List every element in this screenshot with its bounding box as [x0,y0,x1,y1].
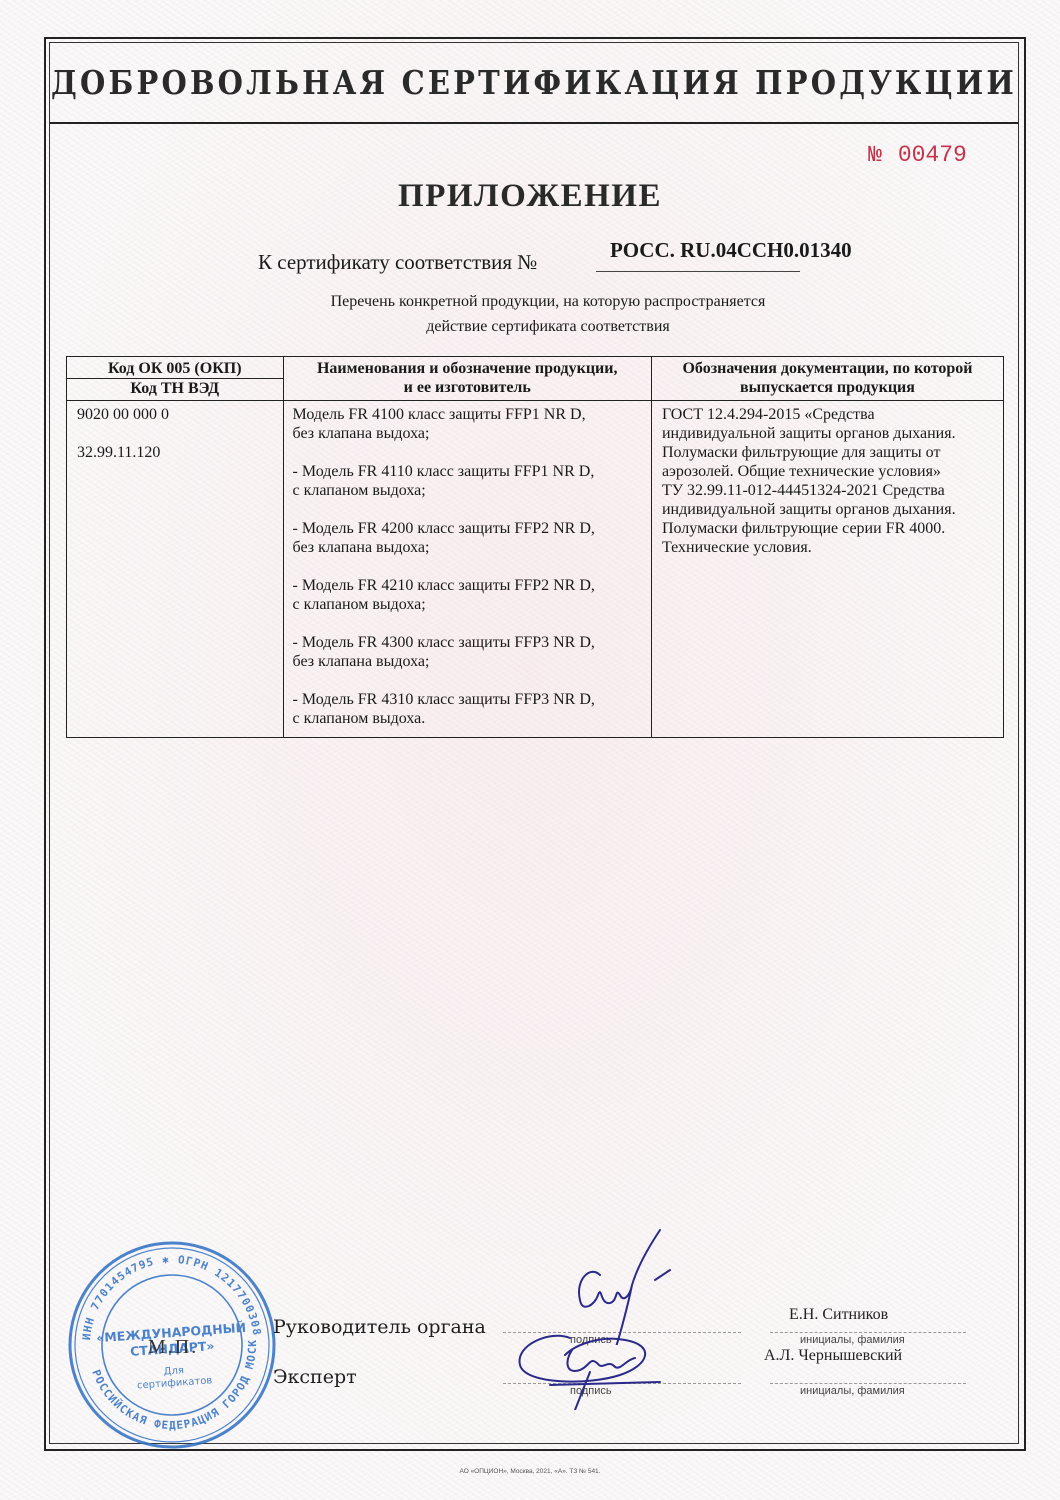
expert-name-line [770,1383,966,1384]
head-name-line [770,1332,966,1333]
document-line: аэрозолей. Общие технические условия» [662,462,995,481]
model-line2: с клапаном выдоха. [293,710,426,727]
document-header-title: ДОБРОВОЛЬНАЯ СЕРТИФИКАЦИЯ ПРОДУКЦИИ [50,64,1018,102]
number-sign: № [868,142,882,168]
intro-line-2: действие сертификата соответствия [0,314,1060,339]
expert-label: Эксперт [273,1366,357,1388]
model-line1: Модель FR 4100 класс защиты FFP1 NR D, [293,406,586,423]
expert-handwritten-signature [510,1320,690,1410]
model-item: - Модель FR 4300 класс защиты FFP3 NR D,… [293,633,643,671]
certificate-number-underline [596,271,800,272]
appendix-title: ПРИЛОЖЕНИЕ [0,178,1060,215]
head-of-body-label: Руководитель органа [273,1316,486,1338]
model-line2: без клапана выдоха; [293,425,430,442]
intro-text: Перечень конкретной продукции, на котору… [0,289,1060,339]
model-item: - Модель FR 4200 класс защиты FFP2 NR D,… [293,519,643,557]
model-item: Модель FR 4100 класс защиты FFP1 NR D,бе… [293,405,643,443]
model-item: - Модель FR 4310 класс защиты FFP3 NR D,… [293,690,643,728]
head-name-caption: инициалы, фамилия [800,1334,905,1346]
document-line: ТУ 32.99.11-012-44451324-2021 Средства [662,481,995,500]
model-line1: - Модель FR 4210 класс защиты FFP2 NR D, [293,577,595,594]
model-line2: без клапана выдоха; [293,539,430,556]
model-line2: с клапаном выдоха; [293,596,426,613]
header-products: Наименования и обозначение продукции, и … [283,357,651,401]
serial-number: №00479 [868,142,967,168]
table-header-row: Код ОК 005 (ОКП) Код ТН ВЭД Наименования… [67,357,1004,401]
spacer [77,424,275,443]
header-products-line2: и ее изготовитель [288,378,647,397]
model-item: - Модель FR 4210 класс защиты FFP2 NR D,… [293,576,643,614]
header-codes-line2: Код ТН ВЭД [67,378,283,398]
header-documents-line2: выпускается продукция [656,378,999,397]
serial-value: 00479 [898,142,967,168]
header-documents-line1: Обозначения документации, по которой [656,359,999,378]
header-products-line1: Наименования и обозначение продукции, [288,359,647,378]
document-line: Технические условия. [662,538,995,557]
seal-center-line-3: Для [163,1365,184,1377]
document-line: ГОСТ 12.4.294-2015 «Средства [662,405,995,424]
tnved-code: 32.99.11.120 [77,443,275,462]
document-line: индивидуальной защиты органов дыхания. [662,424,995,443]
expert-name-caption: инициалы, фамилия [800,1385,905,1397]
document-line: Полумаски фильтрующие серии FR 4000. [662,519,995,538]
header-documents: Обозначения документации, по которой вып… [651,357,1003,401]
model-line2: с клапаном выдоха; [293,482,426,499]
document-line: индивидуальной защиты органов дыхания. [662,500,995,519]
codes-cell: 9020 00 000 0 32.99.11.120 [67,401,284,738]
model-line1: - Модель FR 4110 класс защиты FFP1 NR D, [293,463,595,480]
okp-code: 9020 00 000 0 [77,405,275,424]
model-line2: без клапана выдоха; [293,653,430,670]
printer-imprint: АО «ОПЦИОН», Москва, 2021, «А». ТЗ № 541… [0,1468,1060,1475]
model-item: - Модель FR 4110 класс защиты FFP1 NR D,… [293,462,643,500]
model-line1: - Модель FR 4310 класс защиты FFP3 NR D, [293,691,595,708]
stamp-place-label: М.П. [148,1336,198,1359]
certificate-number: РОСС. RU.04ССН0.01340 [610,238,852,263]
seal-center-line-4: сертификатов [137,1375,213,1391]
document-line: Полумаски фильтрующие для защиты от [662,443,995,462]
expert-name: А.Л. Чернышевский [764,1347,902,1365]
table-row: 9020 00 000 0 32.99.11.120 Модель FR 410… [67,401,1004,738]
model-line1: - Модель FR 4300 класс защиты FFP3 NR D, [293,634,595,651]
header-codes-line1: Код ОК 005 (ОКП) [71,359,279,378]
intro-line-1: Перечень конкретной продукции, на котору… [0,289,1060,314]
header-codes: Код ОК 005 (ОКП) Код ТН ВЭД [67,357,284,401]
models-cell: Модель FR 4100 класс защиты FFP1 NR D,бе… [283,401,651,738]
head-name: Е.Н. Ситников [789,1306,888,1324]
certificate-label: К сертификату соответствия № [258,250,537,275]
documents-cell: ГОСТ 12.4.294-2015 «Средства индивидуаль… [651,401,1003,738]
header-divider [50,122,1018,124]
model-line1: - Модель FR 4200 класс защиты FFP2 NR D, [293,520,595,537]
products-table: Код ОК 005 (ОКП) Код ТН ВЭД Наименования… [66,356,1004,738]
